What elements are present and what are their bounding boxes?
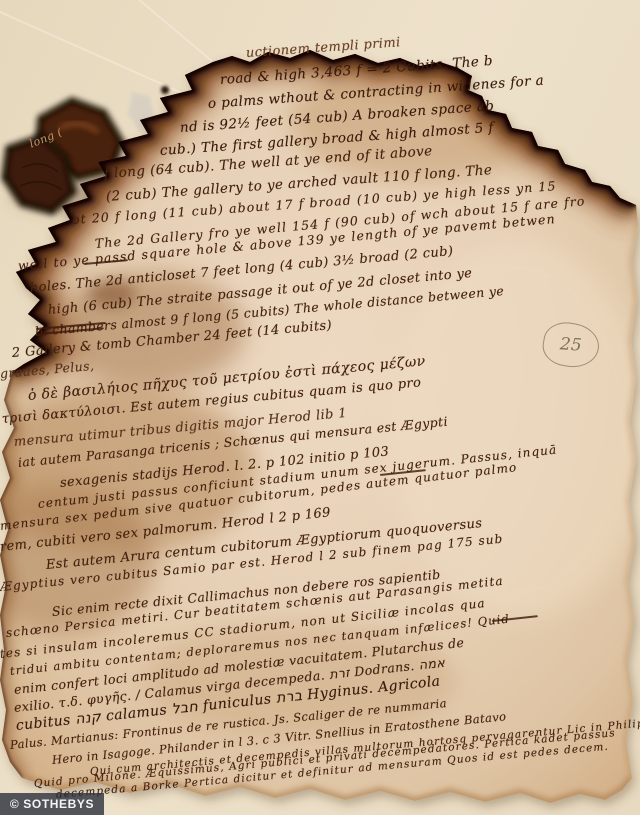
photograph-of-burnt-manuscript: uctionem templi primi road & high 3,463 … xyxy=(0,0,640,815)
pencil-annotation-number: 25 xyxy=(560,334,583,355)
watermark-text: © SOTHEBYS xyxy=(10,797,94,811)
manuscript-line: uctionem templi primi xyxy=(245,35,401,61)
manuscript-line: graues, Pelus, xyxy=(0,358,95,381)
handwriting-layer: uctionem templi primi road & high 3,463 … xyxy=(0,0,640,815)
watermark-bar: © SOTHEBYS xyxy=(0,793,104,815)
manuscript-line-fragment: long ( xyxy=(28,126,65,151)
